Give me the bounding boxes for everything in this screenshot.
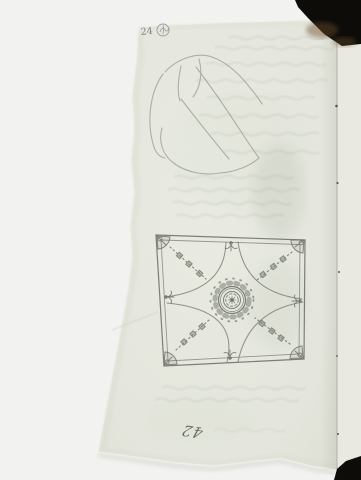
manuscript-scan: 24 42 <box>0 0 361 480</box>
album-page-sliver <box>336 0 361 480</box>
gutter-shading <box>320 20 337 470</box>
folio-number-top: 24 <box>140 26 153 38</box>
scan-canvas: 24 42 <box>0 0 361 480</box>
